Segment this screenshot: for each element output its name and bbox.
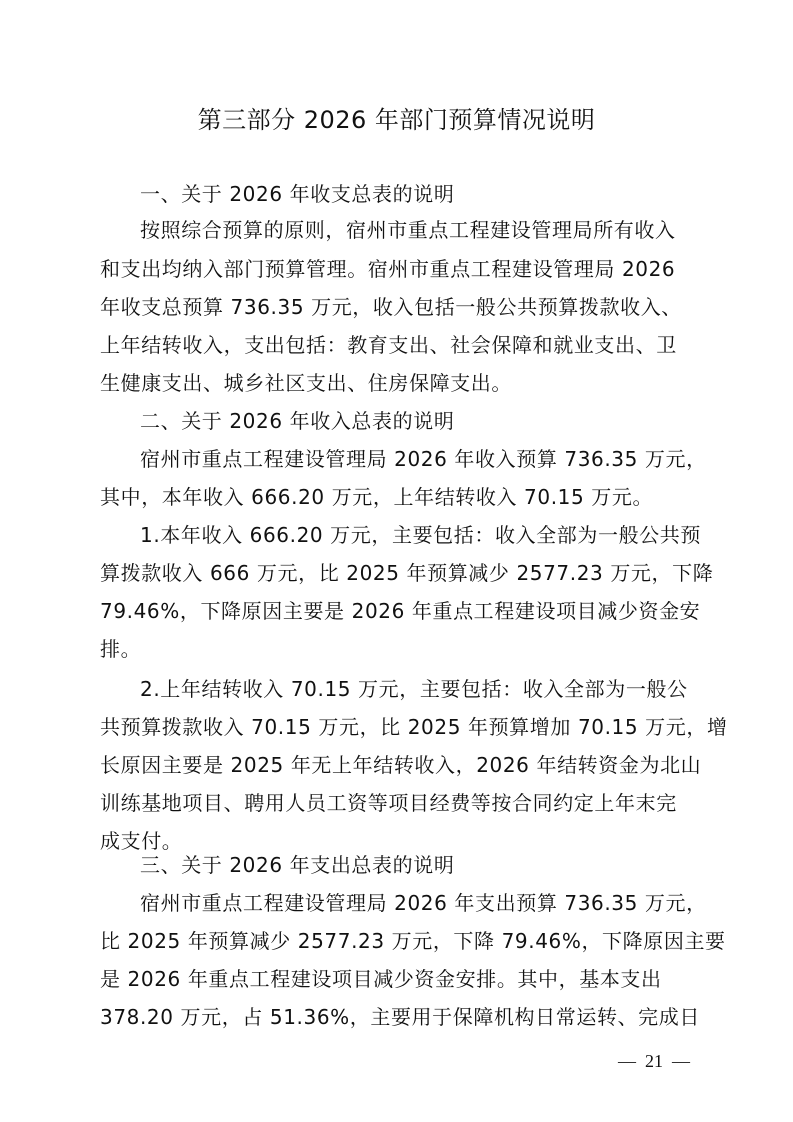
paragraph-line: 算拨款收入 666 万元，比 2025 年预算减少 2577.23 万元，下降 [100,555,713,591]
section-heading-2: 二、关于 2026 年收入总表的说明 [140,403,454,439]
section-heading-3: 三、关于 2026 年支出总表的说明 [140,847,454,883]
paragraph-line: 宿州市重点工程建设管理局 2026 年支出预算 736.35 万元， [140,885,707,921]
paragraph-line: 2.上年结转收入 70.15 万元，主要包括：收入全部为一般公 [140,671,688,707]
section-heading-1: 一、关于 2026 年收支总表的说明 [140,176,454,212]
paragraph-line: 79.46%，下降原因主要是 2026 年重点工程建设项目减少资金安 [100,593,700,629]
paragraph-line: 训练基地项目、聘用人员工资等项目经费等按合同约定上年末完 [100,785,677,821]
paragraph-line: 比 2025 年预算减少 2577.23 万元，下降 79.46%，下降原因主要 [100,923,726,959]
paragraph-line: 按照综合预算的原则，宿州市重点工程建设管理局所有收入 [140,212,676,248]
paragraph-line: 宿州市重点工程建设管理局 2026 年收入预算 736.35 万元， [140,441,707,477]
page-title: 第三部分 2026 年部门预算情况说明 [0,100,793,140]
document-page: 第三部分 2026 年部门预算情况说明 一、关于 2026 年收支总表的说明 按… [0,0,793,1122]
paragraph-line: 年收支总预算 736.35 万元，收入包括一般公共预算拨款收入、 [100,289,682,325]
page-number: — 21 — [618,1046,690,1076]
paragraph-line: 生健康支出、城乡社区支出、住房保障支出。 [100,365,512,401]
paragraph-line: 长原因主要是 2025 年无上年结转收入，2026 年结转资金为北山 [100,747,701,783]
paragraph-line: 共预算拨款收入 70.15 万元，比 2025 年预算增加 70.15 万元，增 [100,709,728,745]
paragraph-line: 其中，本年收入 666.20 万元，上年结转收入 70.15 万元。 [100,479,653,515]
paragraph-line: 排。 [100,631,141,667]
paragraph-line: 378.20 万元，占 51.36%，主要用于保障机构日常运转、完成日 [100,999,700,1035]
paragraph-line: 1.本年收入 666.20 万元，主要包括：收入全部为一般公共预 [140,517,701,553]
paragraph-line: 是 2026 年重点工程建设项目减少资金安排。其中，基本支出 [100,961,662,997]
paragraph-line: 上年结转收入，支出包括：教育支出、社会保障和就业支出、卫 [100,327,677,363]
paragraph-line: 和支出均纳入部门预算管理。宿州市重点工程建设管理局 2026 [100,251,675,287]
